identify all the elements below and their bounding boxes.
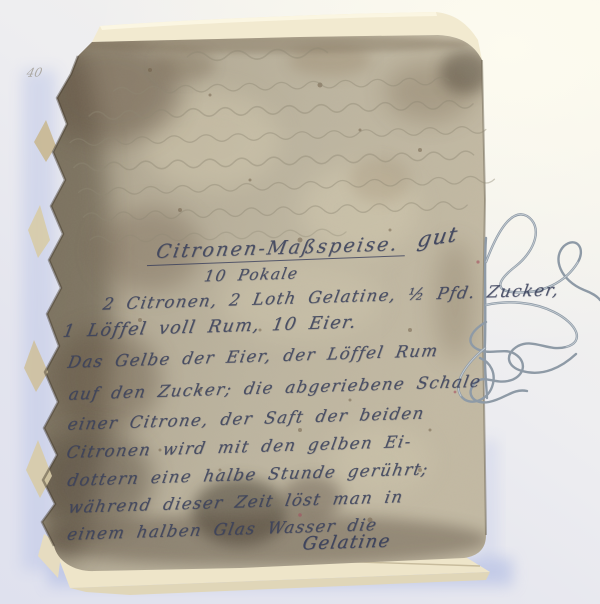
photo-scene: 40 Citronen-Maßspeise. gut 10 Pokale 2 C…	[0, 0, 600, 604]
cover-page	[16, 20, 500, 580]
paper-grain	[30, 20, 500, 580]
manuscript-booklet	[0, 0, 600, 604]
